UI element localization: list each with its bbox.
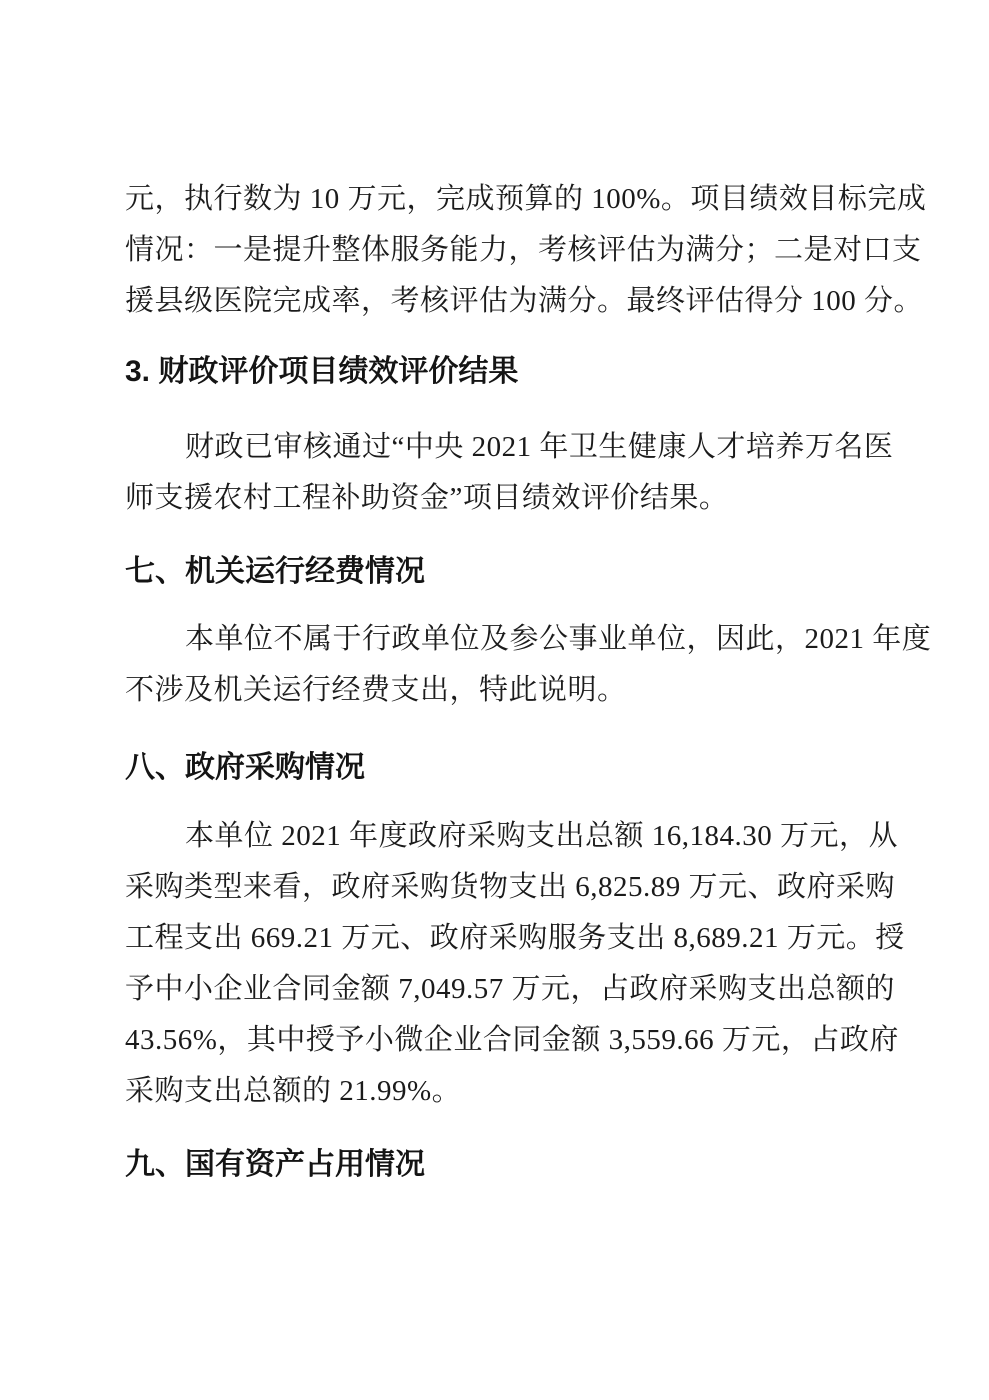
heading-agency-operating-expenses: 七、机关运行经费情况 (125, 546, 865, 598)
paragraph-performance-targets: 元，执行数为 10 万元，完成预算的 100%。项目绩效目标完成 情况：一是提升… (125, 174, 865, 327)
paragraph-line: 师支援农村工程补助资金”项目绩效评价结果。 (125, 473, 865, 524)
heading-government-procurement: 八、政府采购情况 (125, 742, 865, 794)
paragraph-line: 43.56%，其中授予小微企业合同金额 3,559.66 万元，占政府 (125, 1015, 865, 1066)
paragraph-line: 援县级医院完成率，考核评估为满分。最终评估得分 100 分。 (125, 276, 865, 327)
paragraph-line: 采购类型来看，政府采购货物支出 6,825.89 万元、政府采购 (125, 862, 865, 913)
paragraph-line: 元，执行数为 10 万元，完成预算的 100%。项目绩效目标完成 (125, 174, 865, 225)
paragraph-financial-evaluation: 财政已审核通过“中央 2021 年卫生健康人才培养万名医 师支援农村工程补助资金… (125, 422, 865, 524)
paragraph-line: 不涉及机关运行经费支出，特此说明。 (125, 665, 865, 716)
paragraph-line: 情况：一是提升整体服务能力，考核评估为满分；二是对口支 (125, 225, 865, 276)
paragraph-government-procurement: 本单位 2021 年度政府采购支出总额 16,184.30 万元，从 采购类型来… (125, 811, 865, 1117)
heading-state-owned-assets: 九、国有资产占用情况 (125, 1139, 865, 1191)
paragraph-line: 工程支出 669.21 万元、政府采购服务支出 8,689.21 万元。授 (125, 913, 865, 964)
paragraph-line: 本单位不属于行政单位及参公事业单位，因此，2021 年度 (125, 614, 865, 665)
paragraph-agency-operating-expenses: 本单位不属于行政单位及参公事业单位，因此，2021 年度 不涉及机关运行经费支出… (125, 614, 865, 716)
heading-financial-evaluation-results: 3. 财政评价项目绩效评价结果 (125, 346, 865, 398)
paragraph-line: 财政已审核通过“中央 2021 年卫生健康人才培养万名医 (125, 422, 865, 473)
paragraph-line: 予中小企业合同金额 7,049.57 万元，占政府采购支出总额的 (125, 964, 865, 1015)
paragraph-line: 采购支出总额的 21.99%。 (125, 1066, 865, 1117)
document-page: 元，执行数为 10 万元，完成预算的 100%。项目绩效目标完成 情况：一是提升… (0, 0, 989, 1400)
paragraph-line: 本单位 2021 年度政府采购支出总额 16,184.30 万元，从 (125, 811, 865, 862)
